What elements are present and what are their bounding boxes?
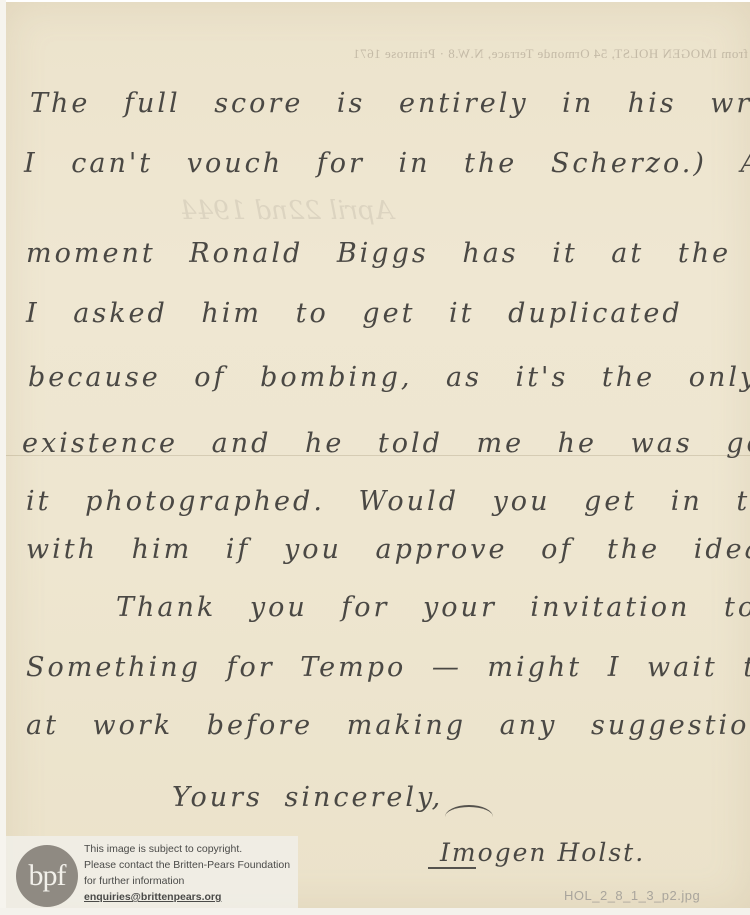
- copyright-line-3: for further information: [84, 873, 290, 889]
- letter-line-9: Thank you for your invitation to write: [116, 592, 750, 623]
- letter-line-11: at work before making any suggestions?: [26, 710, 750, 741]
- letter-line-1: The full score is entirely in his writin…: [30, 88, 750, 119]
- copyright-text: This image is subject to copyright. Plea…: [84, 841, 290, 905]
- letter-line-10: Something for Tempo — might I wait till …: [26, 652, 750, 683]
- copyright-line-1: This image is subject to copyright.: [84, 841, 290, 857]
- letter-closing: Yours sincerely,: [172, 782, 443, 813]
- contact-email-link[interactable]: enquiries@brittenpears.org: [84, 889, 290, 905]
- letter-line-8: with him if you approve of the idea?: [26, 534, 750, 565]
- bleed-through-date: April 22nd 1944: [180, 196, 394, 226]
- copyright-line-2: Please contact the Britten-Pears Foundat…: [84, 857, 290, 873]
- scan-bottom-edge: [0, 908, 750, 915]
- signature-flourish: [445, 805, 493, 829]
- copyright-notice: bpf This image is subject to copyright. …: [6, 836, 298, 908]
- letter-line-4: I asked him to get it duplicated: [26, 298, 683, 329]
- signature-underline: [428, 867, 476, 869]
- letter-line-5: because of bombing, as it's the only cop…: [28, 362, 750, 393]
- letter-line-2: I can't vouch for in the Scherzo.) At th…: [24, 148, 750, 179]
- file-name-label: HOL_2_8_1_3_p2.jpg: [564, 888, 700, 903]
- signature: Imogen Holst.: [440, 838, 645, 867]
- bpf-logo: bpf: [16, 845, 78, 907]
- letter-line-3: moment Ronald Biggs has it at the B.B.C.: [26, 238, 750, 269]
- letterhead-bleed-through: from IMOGEN HOLST, 54 Ormonde Terrace, N…: [378, 46, 748, 62]
- letter-line-7: it photographed. Would you get in touch: [26, 486, 750, 517]
- letter-line-6: existence and he told me he was getting: [22, 428, 750, 459]
